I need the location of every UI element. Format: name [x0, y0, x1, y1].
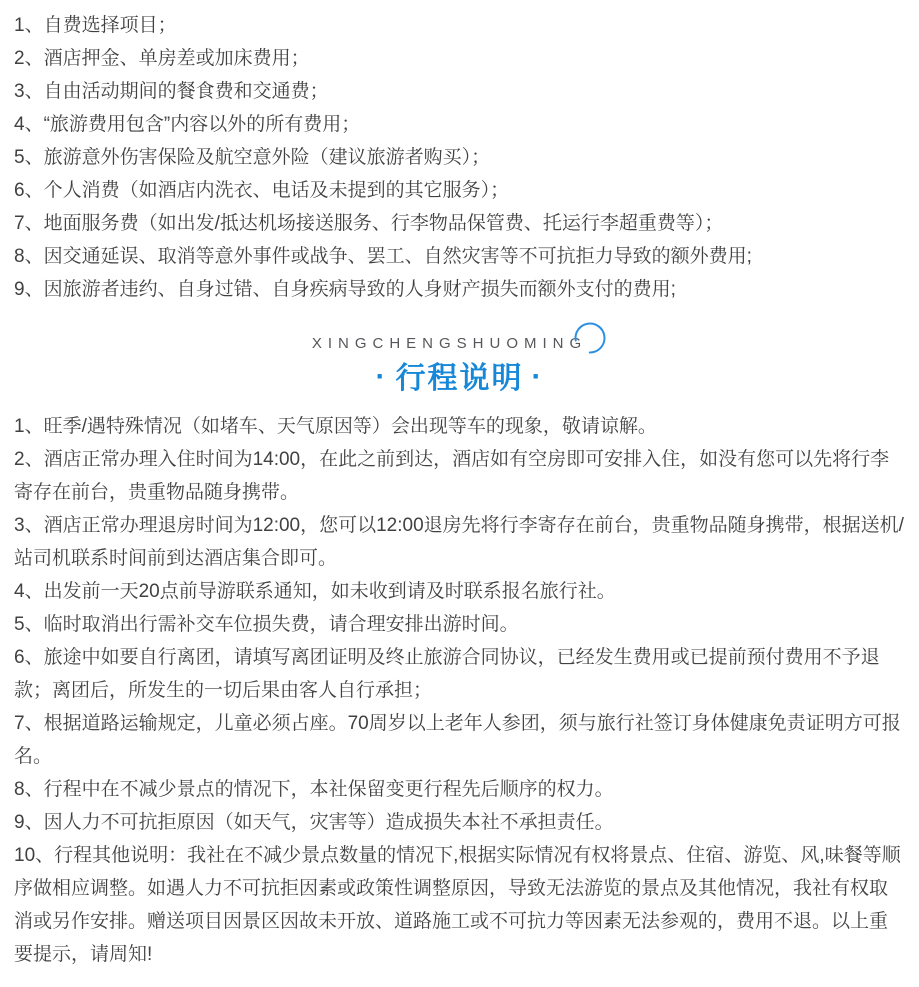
list-item: 2、酒店正常办理入住时间为14:00，在此之前到达，酒店如有空房即可安排入住，如…: [14, 443, 905, 509]
travel-notes-page: 1、自费选择项目； 2、酒店押金、单房差或加床费用； 3、自由活动期间的餐食费和…: [0, 0, 919, 987]
list-item: 8、因交通延误、取消等意外事件或战争、罢工、自然灾害等不可抗拒力导致的额外费用;: [14, 240, 905, 273]
list-item: 3、自由活动期间的餐食费和交通费；: [14, 75, 905, 108]
list-item: 8、行程中在不减少景点的情况下，本社保留变更行程先后顺序的权力。: [14, 773, 905, 806]
title-left-dot: ·: [376, 360, 388, 393]
section-pinyin-label: XINGCHENGSHUOMING: [312, 336, 587, 352]
list-item: 1、自费选择项目；: [14, 9, 905, 42]
list-item: 5、临时取消出行需补交车位损失费，请合理安排出游时间。: [14, 608, 905, 641]
list-item: 4、出发前一天20点前导游联系通知，如未收到请及时联系报名旅行社。: [14, 575, 905, 608]
itinerary-section-header: XINGCHENGSHUOMING ·行程说明·: [14, 322, 905, 400]
section-title: 行程说明: [396, 362, 524, 395]
list-item: 7、根据道路运输规定，儿童必须占座。70周岁以上老年人参团，须与旅行社签订身体健…: [14, 707, 905, 773]
title-right-dot: ·: [532, 360, 544, 393]
section-pinyin-row: XINGCHENGSHUOMING: [14, 322, 905, 352]
section-title-row: ·行程说明·: [14, 356, 905, 400]
list-item: 4、“旅游费用包含”内容以外的所有费用；: [14, 108, 905, 141]
list-item: 1、旺季/遇特殊情况（如堵车、天气原因等）会出现等车的现象，敬请谅解。: [14, 410, 905, 443]
itinerary-notes-section: 1、旺季/遇特殊情况（如堵车、天气原因等）会出现等车的现象，敬请谅解。 2、酒店…: [14, 410, 905, 971]
list-item: 9、因人力不可抗拒原因（如天气，灾害等）造成损失本社不承担责任。: [14, 806, 905, 839]
list-item: 3、酒店正常办理退房时间为12:00，您可以12:00退房先将行李寄存在前台，贵…: [14, 509, 905, 575]
list-item: 2、酒店押金、单房差或加床费用；: [14, 42, 905, 75]
circle-arc-decoration-icon: [573, 321, 607, 355]
fees-excluded-section: 1、自费选择项目； 2、酒店押金、单房差或加床费用； 3、自由活动期间的餐食费和…: [14, 9, 905, 306]
list-item: 7、地面服务费（如出发/抵达机场接送服务、行李物品保管费、托运行李超重费等）；: [14, 207, 905, 240]
list-item: 10、行程其他说明：我社在不减少景点数量的情况下,根据实际情况有权将景点、住宿、…: [14, 839, 905, 971]
list-item: 9、因旅游者违约、自身过错、自身疾病导致的人身财产损失而额外支付的费用;: [14, 273, 905, 306]
list-item: 5、旅游意外伤害保险及航空意外险（建议旅游者购买）；: [14, 141, 905, 174]
list-item: 6、个人消费（如酒店内洗衣、电话及未提到的其它服务）；: [14, 174, 905, 207]
list-item: 6、旅途中如要自行离团，请填写离团证明及终止旅游合同协议，已经发生费用或已提前预…: [14, 641, 905, 707]
